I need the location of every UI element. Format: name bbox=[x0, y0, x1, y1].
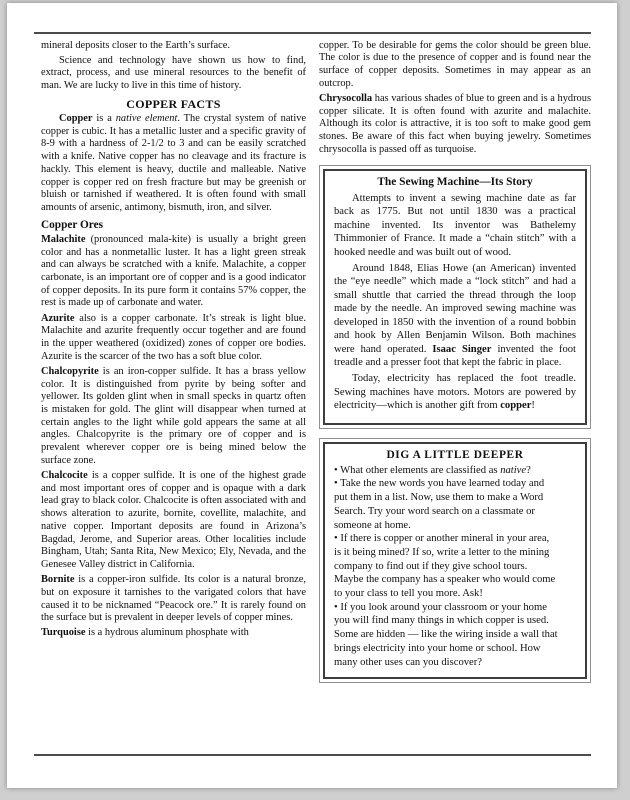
dig-deeper-box-inner: DIG A LITTLE DEEPER • What other element… bbox=[323, 442, 587, 679]
sewing-machine-box-title: The Sewing Machine—Its Story bbox=[334, 176, 576, 189]
paragraph: Chrysocolla has various shades of blue t… bbox=[319, 93, 591, 157]
paragraph: Copper is a native element. The crystal … bbox=[41, 113, 306, 215]
right-column-text: copper. To be desirable for gems the col… bbox=[319, 40, 591, 157]
paragraph: Chalcopyrite is an iron-copper sulfide. … bbox=[41, 366, 306, 468]
paragraph: Today, electricity has replaced the foot… bbox=[334, 372, 576, 413]
paragraph: Science and technology have shown us how… bbox=[41, 55, 306, 93]
paragraph: Attempts to invent a sewing machine date… bbox=[334, 192, 576, 260]
bullet-item: • If you look around your classroom or y… bbox=[334, 601, 576, 670]
bullet-item: • Take the new words you have learned to… bbox=[334, 477, 576, 532]
dig-deeper-box-title: DIG A LITTLE DEEPER bbox=[334, 449, 576, 462]
subsection-heading: Copper Ores bbox=[41, 219, 306, 232]
paragraph: Chalcocite is a copper sulfide. It is on… bbox=[41, 470, 306, 572]
right-column: copper. To be desirable for gems the col… bbox=[319, 37, 591, 683]
paragraph: Turquoise is a hydrous aluminum phosphat… bbox=[41, 627, 306, 640]
left-column: mineral deposits closer to the Earth’s s… bbox=[41, 37, 306, 643]
bullet-item: • What other elements are classified as … bbox=[334, 464, 576, 478]
bottom-rule bbox=[34, 754, 591, 756]
paragraph: Bornite is a copper-iron sulfide. Its co… bbox=[41, 574, 306, 625]
paragraph: Malachite (pronounced mala-kite) is usua… bbox=[41, 234, 306, 310]
sewing-machine-box: The Sewing Machine—Its Story Attempts to… bbox=[319, 165, 591, 429]
paragraph: mineral deposits closer to the Earth’s s… bbox=[41, 40, 306, 53]
paragraph: copper. To be desirable for gems the col… bbox=[319, 40, 591, 91]
section-heading: COPPER FACTS bbox=[41, 98, 306, 111]
paragraph: Azurite also is a copper carbonate. It’s… bbox=[41, 313, 306, 364]
sewing-machine-box-body: Attempts to invent a sewing machine date… bbox=[334, 192, 576, 413]
sewing-machine-box-inner: The Sewing Machine—Its Story Attempts to… bbox=[323, 169, 587, 425]
bullet-item: • If there is copper or another mineral … bbox=[334, 532, 576, 601]
dig-deeper-box-body: • What other elements are classified as … bbox=[334, 464, 576, 670]
paragraph: Around 1848, Elias Howe (an American) in… bbox=[334, 262, 576, 370]
top-rule bbox=[34, 32, 591, 34]
document-page: mineral deposits closer to the Earth’s s… bbox=[7, 3, 617, 788]
dig-deeper-box: DIG A LITTLE DEEPER • What other element… bbox=[319, 438, 591, 683]
